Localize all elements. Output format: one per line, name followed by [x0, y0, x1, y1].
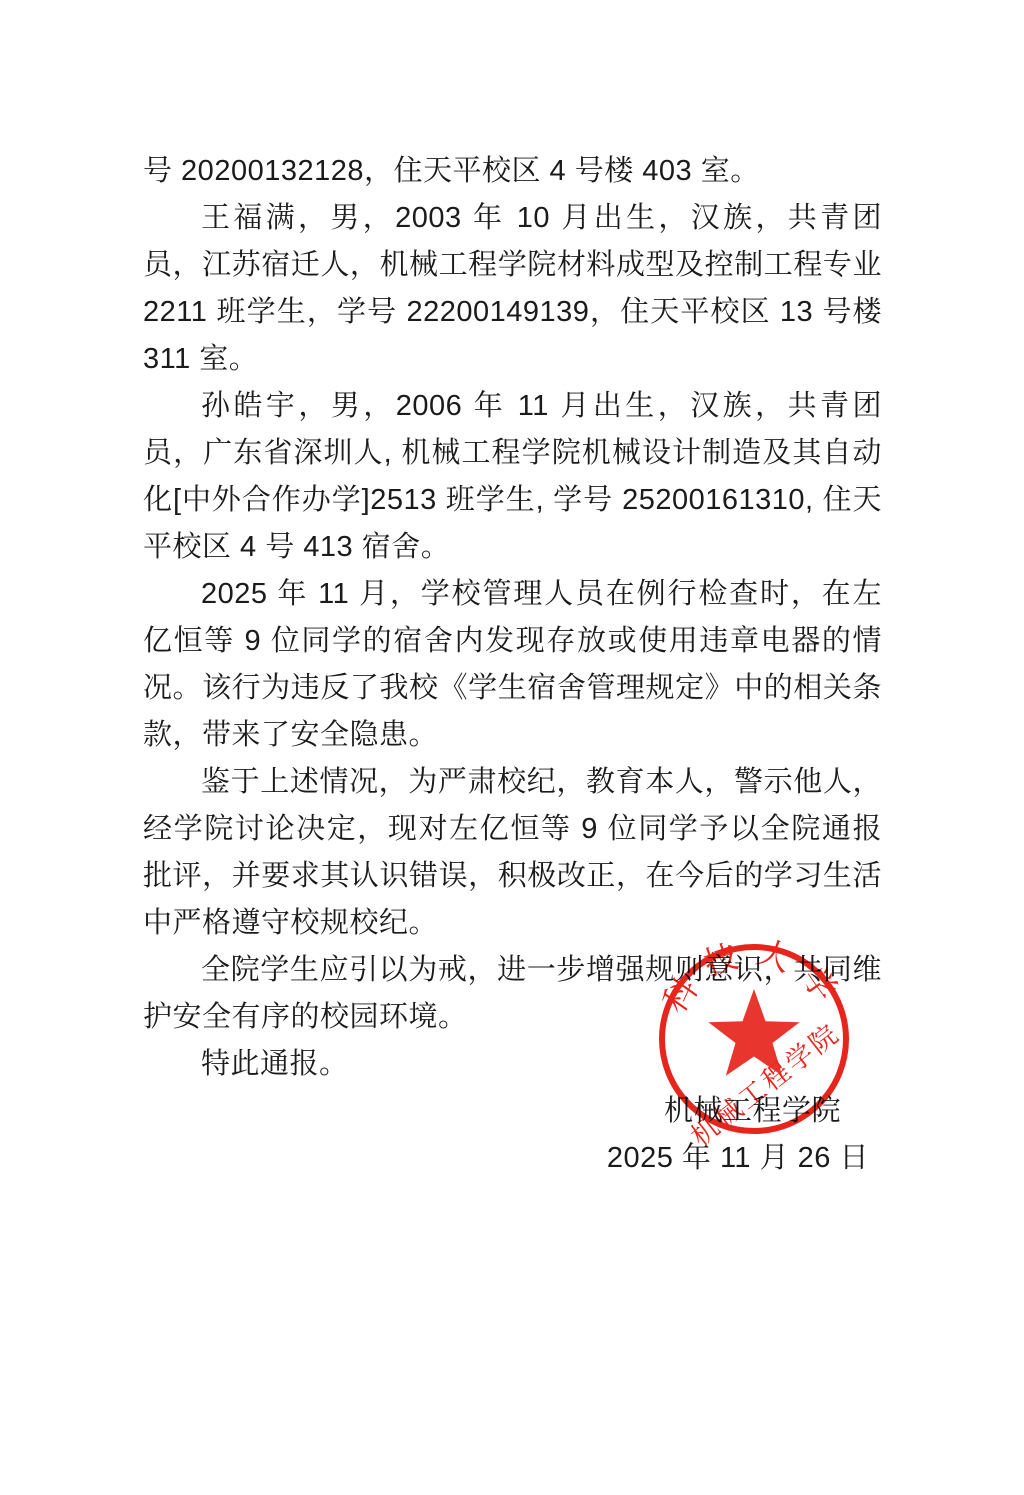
paragraph-student-sun: 孙皓宇，男，2006 年 11 月出生，汉族，共青团员，广东省深圳人, 机械工程… — [143, 383, 882, 571]
document-body: 号 20200132128，住天平校区 4 号楼 403 室。 王福满，男，20… — [143, 148, 882, 1182]
paragraph-continuation: 号 20200132128，住天平校区 4 号楼 403 室。 — [143, 148, 882, 195]
notice-document-page: 号 20200132128，住天平校区 4 号楼 403 室。 王福满，男，20… — [0, 0, 1024, 1495]
paragraph-warning: 全院学生应引以为戒，进一步增强规则意识，共同维护安全有序的校园环境。 — [143, 947, 882, 1041]
signature-date: 2025 年 11 月 26 日 — [143, 1135, 882, 1182]
paragraph-incident: 2025 年 11 月，学校管理人员在例行检查时，在左亿恒等 9 位同学的宿舍内… — [143, 571, 882, 759]
signature-block: 机械工程学院 2025 年 11 月 26 日 — [143, 1088, 882, 1182]
paragraph-closing: 特此通报。 — [143, 1041, 882, 1088]
signature-department: 机械工程学院 — [143, 1088, 882, 1135]
paragraph-student-wang: 王福满，男，2003 年 10 月出生，汉族，共青团员，江苏宿迁人，机械工程学院… — [143, 195, 882, 383]
paragraph-decision: 鉴于上述情况，为严肃校纪，教育本人，警示他人，经学院讨论决定，现对左亿恒等 9 … — [143, 759, 882, 947]
